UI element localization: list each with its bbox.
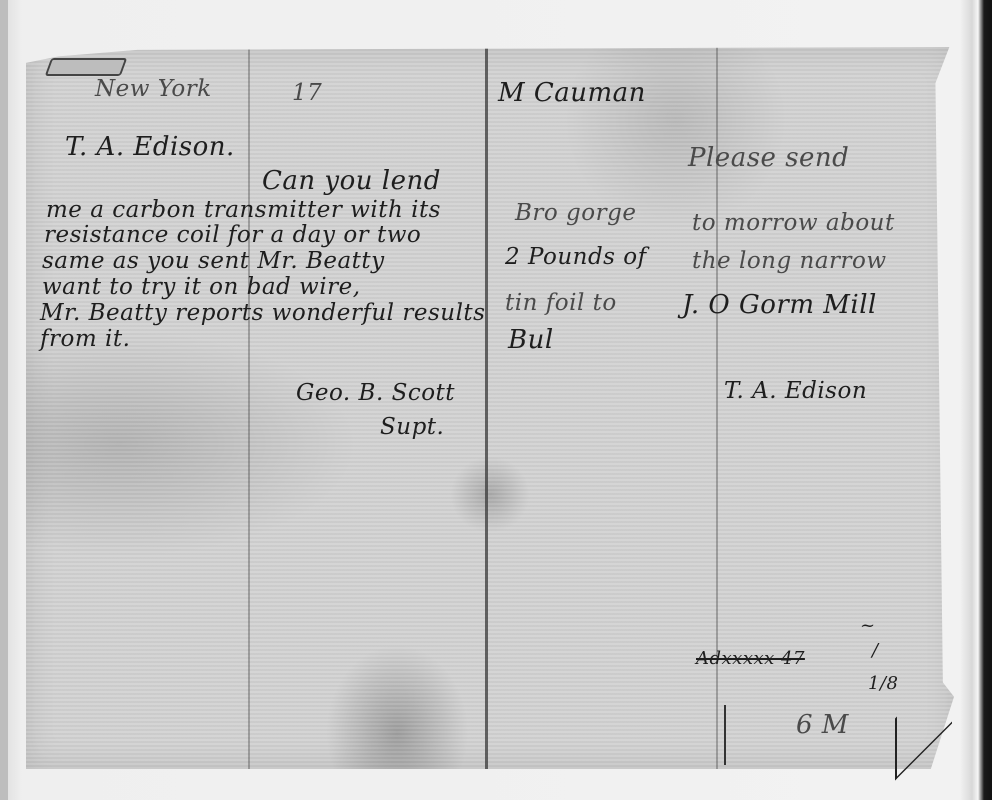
body-line-4: same as you sent Mr. Beatty bbox=[42, 248, 385, 274]
body-line-6: Mr. Beatty reports wonderful results bbox=[40, 300, 485, 326]
marginal-mark-3: 1/8 bbox=[868, 673, 898, 694]
order-line-1: Bro gorge bbox=[515, 200, 636, 226]
marginal-mark-1: ~ bbox=[860, 615, 876, 636]
center-fold-line bbox=[485, 47, 488, 769]
right-signature: T. A. Edison bbox=[724, 378, 867, 404]
order-line-4: Bul bbox=[508, 325, 554, 355]
struck-annotation: Adxxxxx 47 bbox=[696, 648, 805, 669]
body-line-7: from it. bbox=[40, 326, 130, 352]
order-line-3: tin foil to bbox=[505, 290, 617, 316]
marginal-mark-2: / bbox=[872, 640, 879, 661]
note-line-1: Please send bbox=[688, 143, 849, 173]
fold-line bbox=[248, 47, 250, 769]
body-line-1: Can you lend bbox=[262, 166, 441, 196]
scanner-edge bbox=[0, 0, 8, 800]
signature-text: Geo. B. Scott bbox=[296, 380, 455, 406]
signature-title: Supt. bbox=[380, 414, 444, 440]
order-line-2: 2 Pounds of bbox=[505, 244, 647, 270]
note-line-4: J. O Gorm Mill bbox=[682, 290, 877, 320]
ink-mark bbox=[724, 705, 726, 765]
bottom-note: 6 M bbox=[796, 710, 849, 740]
addressee-text: T. A. Edison. bbox=[65, 132, 235, 162]
body-line-3: resistance coil for a day or two bbox=[44, 222, 421, 248]
place-text: New York bbox=[95, 76, 212, 102]
body-line-5: want to try it on bad wire, bbox=[42, 274, 361, 300]
right-addressee: M Cauman bbox=[498, 78, 646, 108]
note-line-2: to morrow about bbox=[692, 210, 895, 236]
paper-tab bbox=[45, 58, 128, 76]
date-text: 17 bbox=[292, 80, 322, 106]
body-line-2: me a carbon transmitter with its bbox=[46, 197, 441, 223]
note-line-3: the long narrow bbox=[692, 248, 887, 274]
